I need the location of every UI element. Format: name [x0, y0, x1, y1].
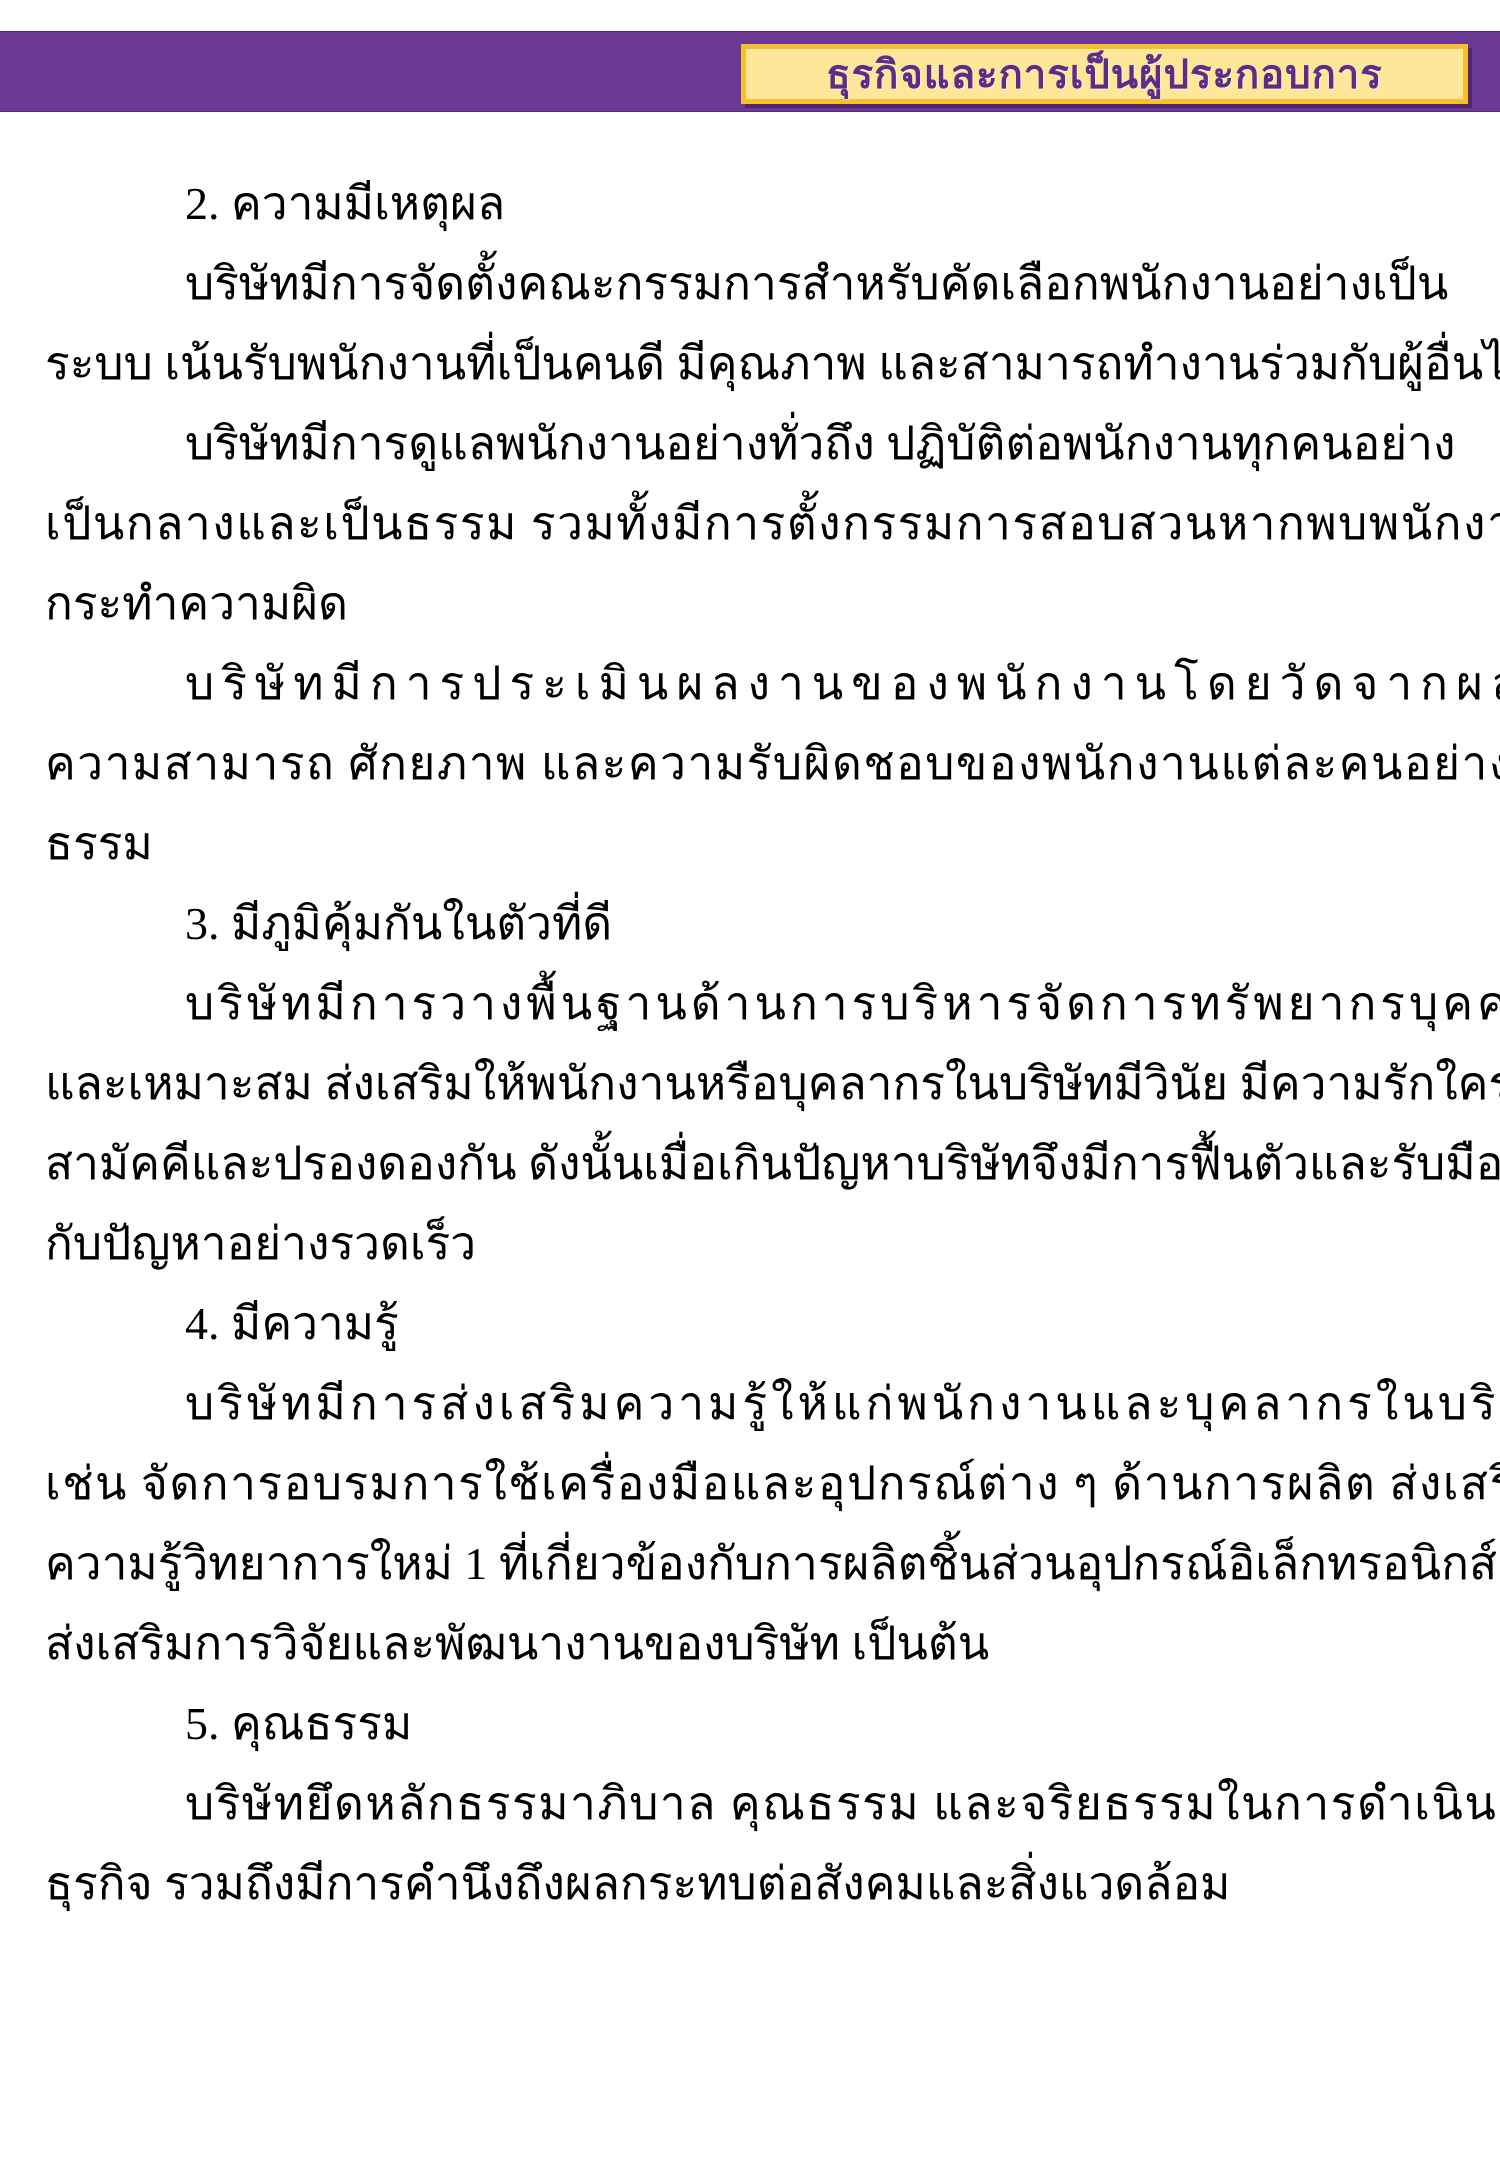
text-line: บริษัทมีการวางพื้นฐานด้านการบริหารจัดการ…	[45, 964, 1460, 1044]
text-line: ความสามารถ ศักยภาพ และความรับผิดชอบของพน…	[45, 724, 1460, 804]
text-line: สามัคคีและปรองดองกัน ดังนั้นเมื่อเกินปัญ…	[45, 1124, 1460, 1204]
text-line: บริษัทมีการประเมินผลงานของพนักงานโดยวัดจ…	[45, 644, 1460, 724]
text-line: บริษัทมีการดูแลพนักงานอย่างทั่วถึง ปฏิบั…	[45, 404, 1460, 484]
text-line: เช่น จัดการอบรมการใช้เครื่องมือและอุปกรณ…	[45, 1444, 1460, 1524]
chapter-title-box: ธุรกิจและการเป็นผู้ประกอบการ	[741, 44, 1468, 104]
text-line: ธุรกิจ รวมถึงมีการคำนึงถึงผลกระทบต่อสังค…	[45, 1844, 1460, 1924]
text-line: และเหมาะสม ส่งเสริมให้พนักงานหรือบุคลากร…	[45, 1044, 1460, 1124]
section-3-heading: 3. มีภูมิคุ้มกันในตัวที่ดี	[45, 884, 1460, 964]
section-2-heading: 2. ความมีเหตุผล	[45, 164, 1460, 244]
section-5-heading: 5. คุณธรรม	[45, 1684, 1460, 1764]
section-4-heading: 4. มีความรู้	[45, 1284, 1460, 1364]
chapter-title: ธุรกิจและการเป็นผู้ประกอบการ	[826, 42, 1383, 106]
text-line: ส่งเสริมการวิจัยและพัฒนางานของบริษัท เป็…	[45, 1604, 1460, 1684]
text-line: เป็นกลางและเป็นธรรม รวมทั้งมีการตั้งกรรม…	[45, 484, 1460, 564]
header-bar: ธุรกิจและการเป็นผู้ประกอบการ	[0, 31, 1500, 112]
text-line: ระบบ เน้นรับพนักงานที่เป็นคนดี มีคุณภาพ …	[45, 324, 1460, 404]
text-line: กระทำความผิด	[45, 564, 1460, 644]
text-line: ธรรม	[45, 804, 1460, 884]
document-page: ธุรกิจและการเป็นผู้ประกอบการ 2. ความมีเห…	[0, 0, 1500, 2167]
text-line: บริษัทยึดหลักธรรมาภิบาล คุณธรรม และจริยธ…	[45, 1764, 1460, 1844]
document-body: 2. ความมีเหตุผล บริษัทมีการจัดตั้งคณะกรร…	[0, 112, 1500, 1924]
text-line: ความรู้วิทยาการใหม่ 1 ที่เกี่ยวข้องกับกา…	[45, 1524, 1460, 1604]
text-line: บริษัทมีการส่งเสริมความรู้ให้แก่พนักงานแ…	[45, 1364, 1460, 1444]
text-line: กับปัญหาอย่างรวดเร็ว	[45, 1204, 1460, 1284]
text-line: บริษัทมีการจัดตั้งคณะกรรมการสำหรับคัดเลื…	[45, 244, 1460, 324]
